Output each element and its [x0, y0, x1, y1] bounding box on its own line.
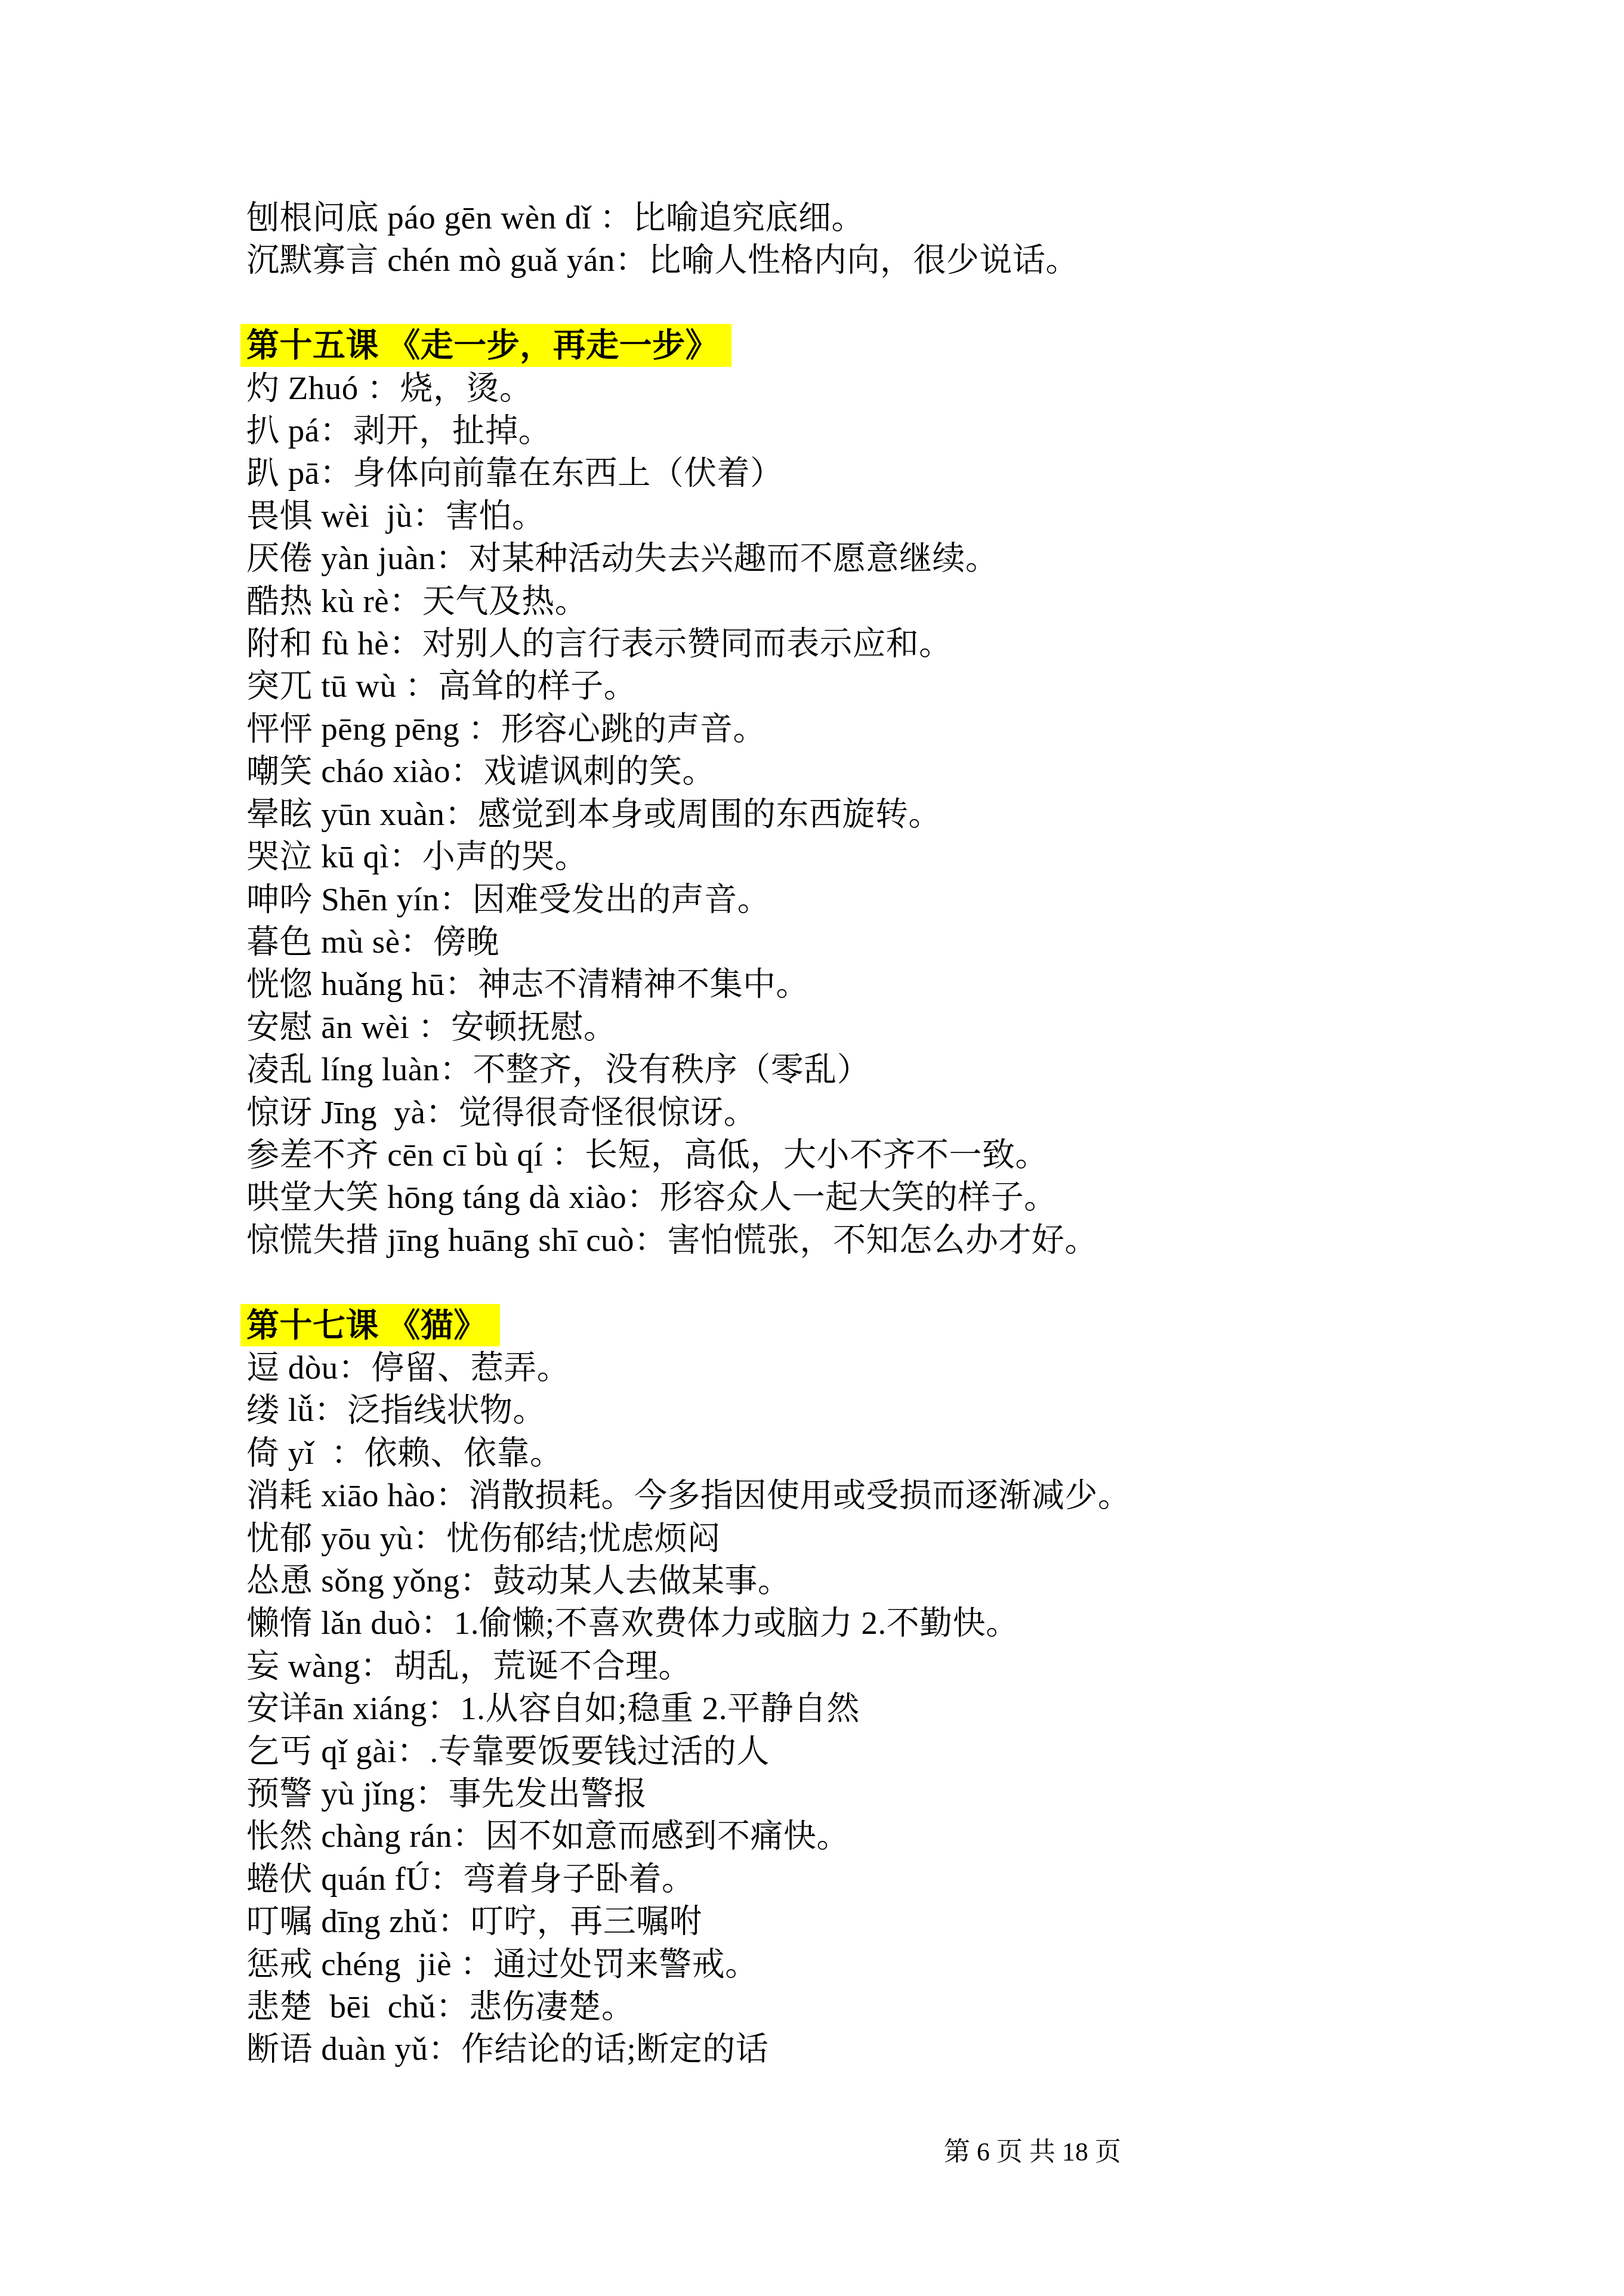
vocab-entry: 缕 lǚ：泛指线状物。 — [246, 1389, 1440, 1431]
vocab-entry: 沉默寡言 chén mò guǎ yán：比喻人性格内向，很少说话。 — [246, 239, 1440, 281]
vocab-entry: 附和 fù hè：对别人的言行表示赞同而表示应和。 — [246, 622, 1440, 665]
vocab-entry: 叮嘱 dīng zhǔ：叮咛，再三嘱咐 — [246, 1900, 1440, 1942]
vocab-entry: 怂恿 sǒng yǒng：鼓动某人去做某事。 — [246, 1559, 1440, 1602]
section-heading-highlight: 第十五课 《走一步，再走一步》 — [240, 324, 731, 366]
vocab-entry: 惊慌失措 jīng huāng shī cuò：害怕慌张，不知怎么办才好。 — [246, 1219, 1440, 1261]
vocab-entry: 怅然 chàng rán：因不如意而感到不痛快。 — [246, 1815, 1440, 1857]
vocab-entry: 哄堂大笑 hōng táng dà xiào：形容众人一起大笑的样子。 — [246, 1176, 1440, 1218]
vocab-entry: 恍惚 huǎng hū：神志不清精神不集中。 — [246, 963, 1440, 1005]
vocab-entry: 惩戒 chéng jiè ：通过处罚来警戒。 — [246, 1943, 1440, 1985]
vocab-entry: 趴 pā：身体向前靠在东西上（伏着） — [246, 452, 1440, 494]
vocab-entry: 刨根问底 páo gēn wèn dǐ ：比喻追究底细。 — [246, 196, 1440, 239]
vocab-entry: 哭泣 kū qì：小声的哭。 — [246, 835, 1440, 877]
section-heading: 第十五课 《走一步，再走一步》 — [246, 324, 1440, 366]
vocab-entry: 乞丐 qǐ gài：.专靠要饭要钱过活的人 — [246, 1730, 1440, 1772]
vocab-entry: 忧郁 yōu yù：忧伤郁结;忧虑烦闷 — [246, 1517, 1440, 1559]
vocab-entry: 逗 dòu：停留、惹弄。 — [246, 1346, 1440, 1389]
vocab-entry: 凌乱 líng luàn：不整齐，没有秩序（零乱） — [246, 1048, 1440, 1090]
vocab-entry: 妄 wàng：胡乱，荒诞不合理。 — [246, 1645, 1440, 1687]
vocab-entry: 突兀 tū wù ：高耸的样子。 — [246, 665, 1440, 707]
section-heading-highlight: 第十七课 《猫》 — [240, 1304, 500, 1346]
vocab-entry: 断语 duàn yǔ：作结论的话;断定的话 — [246, 2028, 1440, 2070]
vocab-entry: 悲楚 bēi chǔ：悲伤凄楚。 — [246, 1985, 1440, 2028]
vocab-entry: 扒 pá：剥开，扯掉。 — [246, 409, 1440, 452]
vocab-entry: 安详ān xiáng：1.从容自如;稳重 2.平静自然 — [246, 1687, 1440, 1729]
vocab-entry: 惊讶 Jīng yà：觉得很奇怪很惊讶。 — [246, 1091, 1440, 1133]
document-page: 刨根问底 páo gēn wèn dǐ ：比喻追究底细。沉默寡言 chén mò… — [0, 0, 1624, 2296]
blank-line — [246, 1261, 1440, 1303]
vocab-entry: 预警 yù jǐng：事先发出警报 — [246, 1772, 1440, 1815]
vocab-entry: 暮色 mù sè：傍晚 — [246, 920, 1440, 963]
vocab-entry: 晕眩 yūn xuàn：感觉到本身或周围的东西旋转。 — [246, 793, 1440, 835]
document-content: 刨根问底 páo gēn wèn dǐ ：比喻追究底细。沉默寡言 chén mò… — [246, 196, 1440, 2071]
vocab-entry: 蜷伏 quán fÚ：弯着身子卧着。 — [246, 1858, 1440, 1900]
vocab-entry: 厌倦 yàn juàn：对某种活动失去兴趣而不愿意继续。 — [246, 537, 1440, 579]
vocab-entry: 呻吟 Shēn yín：因难受发出的声音。 — [246, 878, 1440, 920]
vocab-entry: 畏惧 wèi jù：害怕。 — [246, 495, 1440, 537]
vocab-entry: 嘲笑 cháo xiào：戏谑讽刺的笑。 — [246, 750, 1440, 792]
vocab-entry: 怦怦 pēng pēng ：形容心跳的声音。 — [246, 707, 1440, 750]
vocab-entry: 参差不齐 cēn cī bù qí ：长短，高低，大小不齐不一致。 — [246, 1133, 1440, 1176]
vocab-entry: 倚 yǐ ：依赖、依靠。 — [246, 1432, 1440, 1474]
vocab-entry: 酷热 kù rè：天气及热。 — [246, 580, 1440, 622]
vocab-entry: 消耗 xiāo hào：消散损耗。今多指因使用或受损而逐渐减少。 — [246, 1474, 1440, 1516]
section-heading: 第十七课 《猫》 — [246, 1304, 1440, 1346]
page-footer: 第 6 页 共 18 页 — [944, 2137, 1121, 2168]
vocab-entry: 懒惰 lǎn duò：1.偷懒;不喜欢费体力或脑力 2.不勤快。 — [246, 1602, 1440, 1644]
vocab-entry: 灼 Zhuó ：烧，烫。 — [246, 367, 1440, 409]
blank-line — [246, 282, 1440, 324]
vocab-entry: 安慰 ān wèi ：安顿抚慰。 — [246, 1006, 1440, 1048]
